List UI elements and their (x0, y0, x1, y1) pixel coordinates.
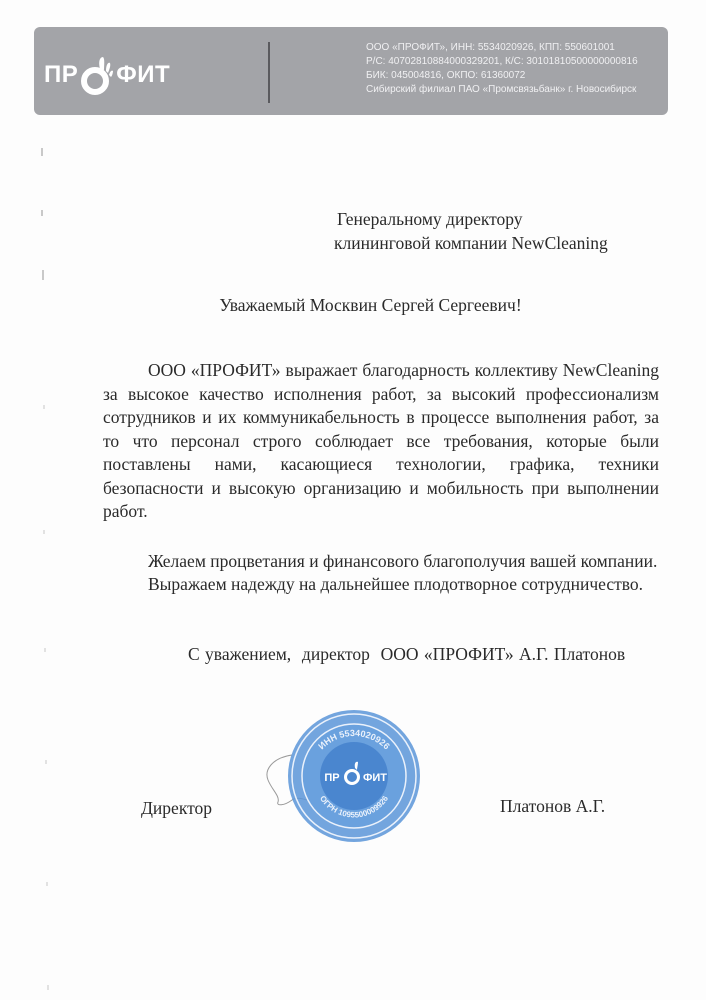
closing-line: С уважением, директор ООО «ПРОФИТ» А.Г. … (188, 644, 625, 665)
body-paragraph: Желаем процветания и финансового благопо… (103, 550, 659, 574)
logo-text-left: ПР (44, 61, 78, 89)
body-paragraph: Выражаем надежду на дальнейшее плодотвор… (103, 573, 659, 597)
scan-mark (42, 270, 44, 280)
requisites-line: ООО «ПРОФИТ», ИНН: 5534020926, КПП: 5506… (366, 41, 658, 55)
addressee-block: Генеральному директору клининговой компа… (337, 207, 608, 255)
salutation: Уважаемый Москвин Сергей Сергеевич! (0, 295, 706, 316)
company-logo: ПР ФИТ (44, 55, 170, 95)
signature-name: Платонов А.Г. (500, 796, 605, 817)
header-divider (268, 42, 270, 103)
addressee-line: клининговой компании NewCleaning (334, 231, 608, 255)
stamp-logo-left: ПР (324, 772, 339, 784)
salutation-text: Уважаемый Москвин Сергей Сергеевич! (219, 295, 521, 315)
company-stamp: ИНН 5534020926 ОГРН 1095500009926 ПР ФИТ (286, 708, 422, 844)
addressee-line: Генеральному директору (337, 207, 608, 231)
signature-position: Директор (141, 798, 212, 819)
requisites-line: Сибирский филиал ПАО «Промсвязьбанк» г. … (366, 83, 658, 97)
scan-mark (41, 210, 43, 216)
requisites-line: БИК: 045004816, ОКПО: 61360072 (366, 69, 658, 83)
hand-ok-icon (80, 55, 114, 95)
scan-mark (45, 760, 47, 764)
scan-mark (44, 648, 46, 652)
stamp-logo-right: ФИТ (363, 772, 387, 784)
company-requisites: ООО «ПРОФИТ», ИНН: 5534020926, КПП: 5506… (366, 41, 658, 97)
scan-mark (43, 405, 45, 409)
scan-mark (46, 882, 48, 886)
scan-mark (41, 148, 43, 156)
scan-mark (43, 530, 45, 534)
scan-mark (47, 985, 49, 990)
requisites-line: Р/С: 40702810884000329201, К/С: 30101810… (366, 55, 658, 69)
logo-text-right: ФИТ (116, 61, 170, 89)
letterhead: ПР ФИТ ООО «ПРОФИТ», ИНН: 5534020926, КП… (34, 27, 668, 115)
body-paragraph: ООО «ПРОФИТ» выражает благодарность колл… (103, 359, 659, 524)
letter-body: ООО «ПРОФИТ» выражает благодарность колл… (103, 359, 659, 597)
